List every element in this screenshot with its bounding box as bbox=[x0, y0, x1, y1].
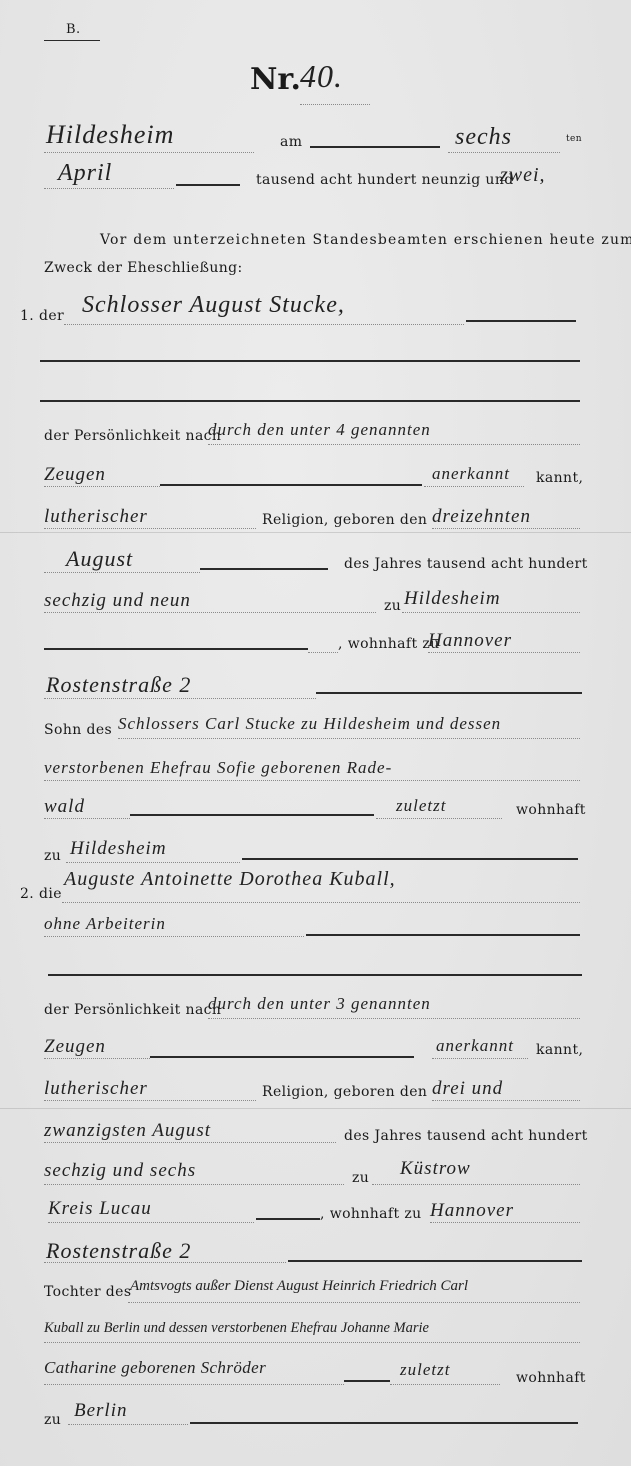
year-value: zwei, bbox=[500, 164, 546, 187]
marriage-register-page: B. Nr. 40. Hildesheim am sechs ten April… bbox=[0, 0, 631, 1466]
groom-parents-label: Sohn des bbox=[44, 722, 112, 738]
bride-religion-value: lutherischer bbox=[44, 1078, 148, 1100]
bride-name: Auguste Antoinette Dorothea Kuball, bbox=[64, 868, 396, 891]
groom-number: 1. der bbox=[20, 308, 64, 324]
bride-parents-line-2: Kuball zu Berlin und dessen verstorbenen… bbox=[44, 1320, 429, 1337]
bride-birth-place: Küstrow bbox=[400, 1158, 471, 1180]
groom-parents-line-3: wald bbox=[44, 796, 85, 818]
groom-parents-residence-label: wohnhaft bbox=[516, 802, 586, 818]
number-label: Nr. bbox=[250, 62, 301, 97]
groom-known-value: anerkannt bbox=[432, 464, 510, 484]
bride-birth-year: sechzig und sechs bbox=[44, 1160, 196, 1182]
place-value: Hildesheim bbox=[46, 120, 174, 150]
bride-residence-2: Rostenstraße 2 bbox=[46, 1238, 191, 1264]
bride-residence-label: , wohnhaft zu bbox=[320, 1206, 422, 1222]
day-value: sechs bbox=[455, 124, 512, 151]
paper-fold bbox=[0, 1108, 631, 1109]
month-value: April bbox=[58, 160, 112, 187]
groom-identity-value: durch den unter 4 genannten bbox=[208, 420, 431, 440]
day-suffix: ten bbox=[566, 134, 582, 144]
am-label: am bbox=[280, 134, 302, 150]
groom-residence-label: , wohnhaft zu bbox=[338, 636, 440, 652]
bride-known-label: kannt, bbox=[536, 1042, 583, 1058]
bride-parents-line-1: Amtsvogts außer Dienst August Heinrich F… bbox=[130, 1278, 468, 1295]
groom-birth-place-label: zu bbox=[384, 598, 401, 614]
groom-parents-status: zuletzt bbox=[396, 796, 446, 816]
groom-parents-line-2: verstorbenen Ehefrau Sofie geborenen Rad… bbox=[44, 758, 392, 778]
intro-line-2: Zweck der Eheschließung: bbox=[44, 260, 243, 276]
bride-parents-place: Berlin bbox=[74, 1400, 128, 1422]
groom-religion-label: Religion, geboren den bbox=[262, 512, 427, 528]
bride-religion-label: Religion, geboren den bbox=[262, 1084, 427, 1100]
bride-occupation: ohne Arbeiterin bbox=[44, 914, 166, 934]
bride-birth-day: drei und bbox=[432, 1078, 503, 1100]
bride-parents-residence-label: wohnhaft bbox=[516, 1370, 586, 1386]
groom-religion-value: lutherischer bbox=[44, 506, 148, 528]
paper-fold bbox=[0, 532, 631, 533]
groom-parents-line-1: Schlossers Carl Stucke zu Hildesheim und… bbox=[118, 714, 501, 734]
bride-identity-label: der Persönlichkeit nach bbox=[44, 1002, 221, 1018]
groom-name: Schlosser August Stucke, bbox=[82, 292, 345, 319]
series-letter: B. bbox=[66, 22, 81, 37]
groom-birth-day: dreizehnten bbox=[432, 506, 531, 528]
groom-residence-2: Rostenstraße 2 bbox=[46, 672, 191, 698]
groom-birth-year: sechzig und neun bbox=[44, 590, 191, 612]
bride-parents-status: zuletzt bbox=[400, 1360, 450, 1380]
bride-parents-place-label: zu bbox=[44, 1412, 61, 1428]
bride-birth-place-label: zu bbox=[352, 1170, 369, 1186]
bride-identity-value: durch den unter 3 genannten bbox=[208, 994, 431, 1014]
bride-parents-label: Tochter des bbox=[44, 1284, 131, 1300]
number-value: 40. bbox=[300, 58, 343, 95]
groom-parents-place-label: zu bbox=[44, 848, 61, 864]
groom-residence: Hannover bbox=[428, 630, 512, 652]
bride-known-value: anerkannt bbox=[436, 1036, 514, 1056]
groom-known-label: kannt, bbox=[536, 470, 583, 486]
bride-birth-day-2: zwanzigsten August bbox=[44, 1120, 211, 1142]
bride-parents-line-3: Catharine geborenen Schröder bbox=[44, 1358, 266, 1378]
bride-birth-place-2: Kreis Lucau bbox=[48, 1198, 152, 1220]
groom-birth-year-label: des Jahres tausend acht hundert bbox=[344, 556, 588, 572]
groom-identity-value-2: Zeugen bbox=[44, 464, 106, 486]
groom-parents-place: Hildesheim bbox=[70, 838, 167, 860]
bride-residence: Hannover bbox=[430, 1200, 514, 1222]
groom-identity-label: der Persönlichkeit nach bbox=[44, 428, 221, 444]
groom-birth-place: Hildesheim bbox=[404, 588, 501, 610]
year-label: tausend acht hundert neunzig und bbox=[256, 172, 514, 188]
bride-identity-value-2: Zeugen bbox=[44, 1036, 106, 1058]
series-underline bbox=[44, 40, 100, 41]
bride-number: 2. die bbox=[20, 886, 62, 902]
bride-birth-year-label: des Jahres tausend acht hundert bbox=[344, 1128, 588, 1144]
groom-birth-month: August bbox=[66, 546, 133, 572]
intro-line-1: Vor dem unterzeichneten Standesbeamten e… bbox=[100, 232, 631, 248]
